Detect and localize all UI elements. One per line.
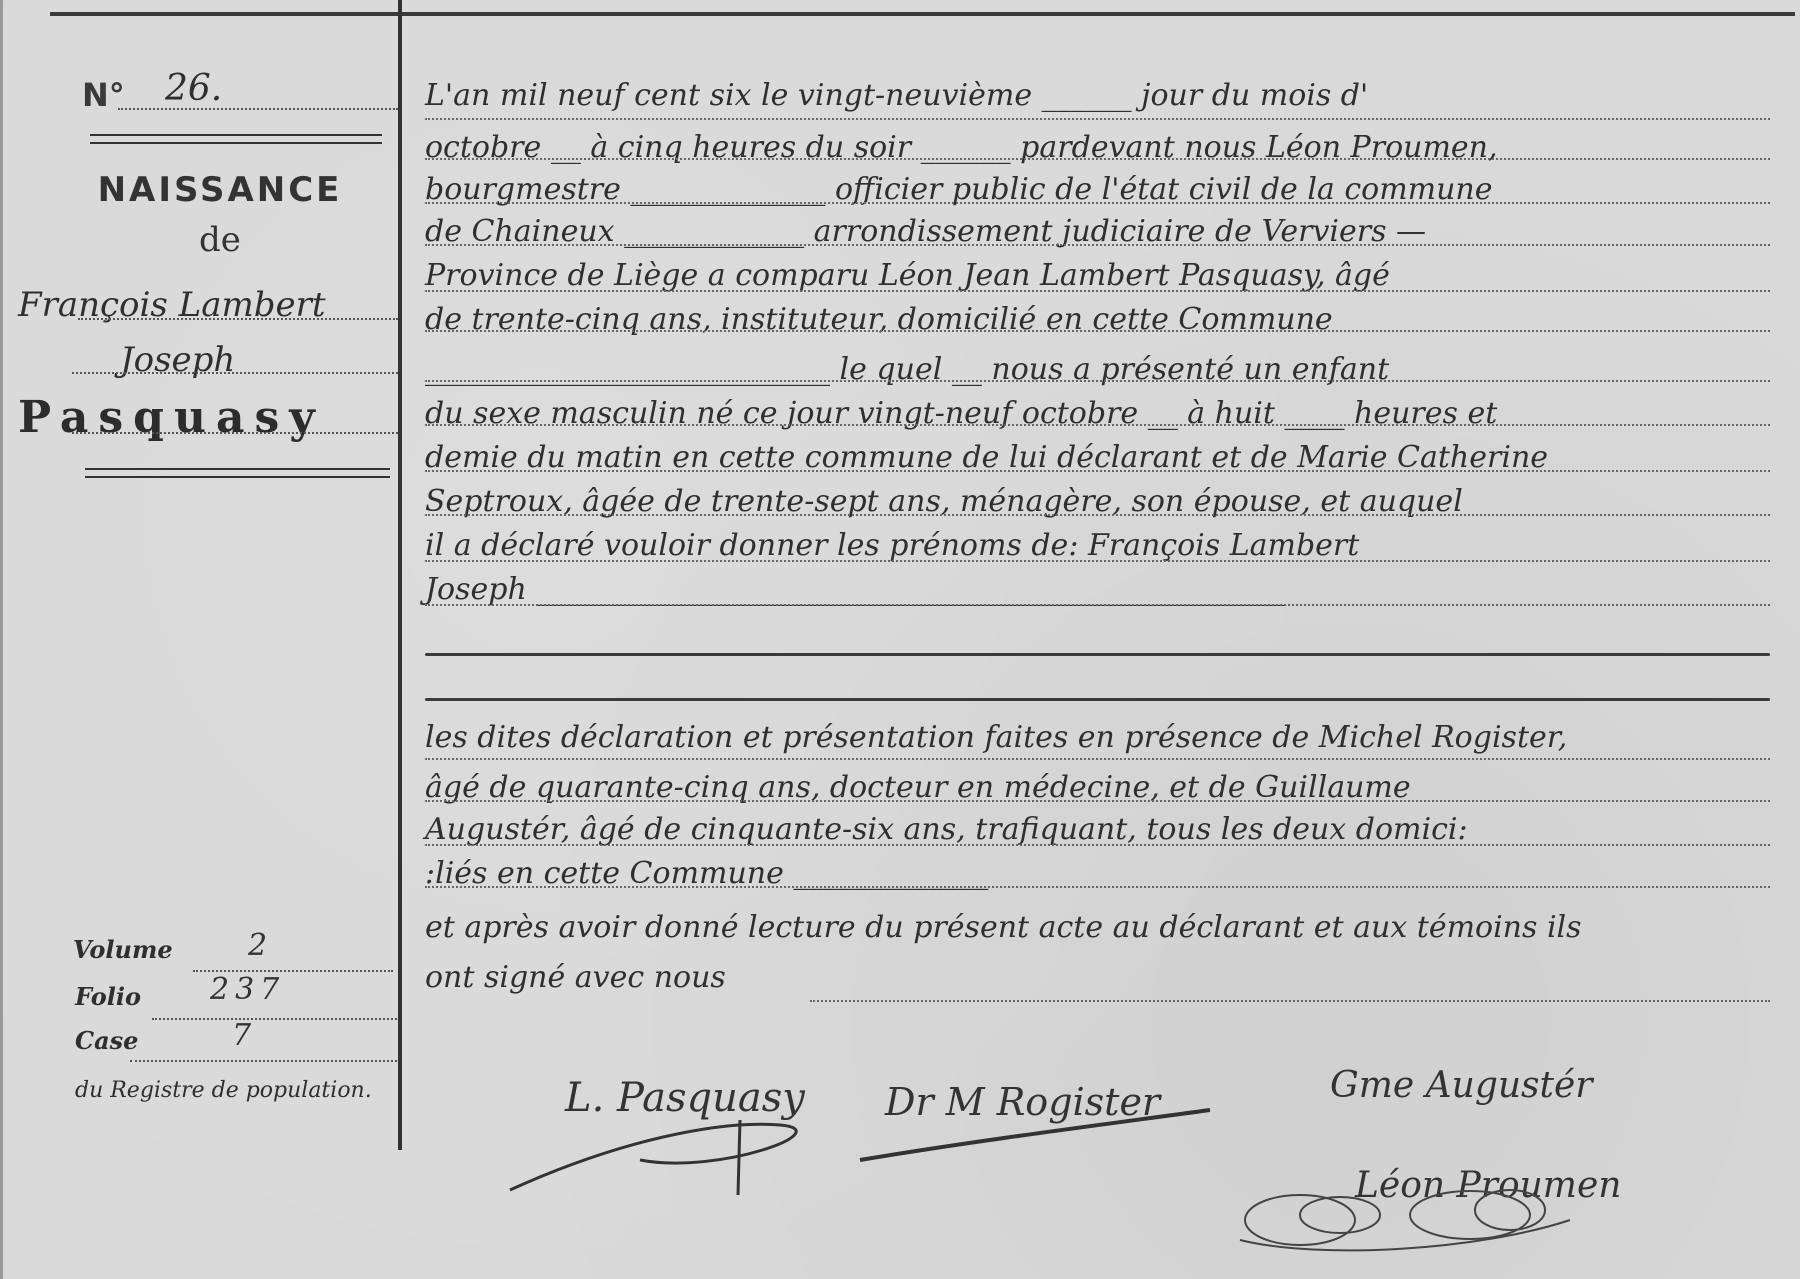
dotted-rule xyxy=(425,758,1770,760)
dotted-rule xyxy=(425,560,1770,562)
margin-surname: Pasquasy xyxy=(18,392,325,443)
case-value: 7 xyxy=(232,1018,251,1053)
dotted-rule xyxy=(425,800,1770,802)
dotted-rule xyxy=(78,318,398,320)
folio-label: Folio xyxy=(75,982,141,1011)
body-line: ont signé avec nous xyxy=(425,960,726,995)
section-rule xyxy=(425,698,1770,701)
body-line: les dites déclaration et présentation fa… xyxy=(425,720,1567,755)
dotted-rule xyxy=(152,1018,397,1020)
dotted-rule xyxy=(425,330,1770,332)
dotted-rule xyxy=(425,290,1770,292)
body-line: Joseph _________________________________… xyxy=(425,572,1286,607)
volume-label: Volume xyxy=(73,935,173,964)
dotted-rule xyxy=(425,604,1770,606)
dotted-rule xyxy=(425,886,1770,888)
dotted-rule xyxy=(72,432,398,434)
section-rule xyxy=(425,653,1770,656)
dotted-rule xyxy=(425,514,1770,516)
dotted-rule xyxy=(425,244,1770,246)
folio-value: 237 xyxy=(210,972,285,1007)
record-number-value: 26. xyxy=(165,68,222,109)
dotted-rule xyxy=(425,380,1770,382)
dotted-rule xyxy=(118,108,398,110)
dotted-rule xyxy=(425,844,1770,846)
record-type-heading: NAISSANCE xyxy=(90,170,350,210)
dotted-rule xyxy=(425,202,1770,204)
body-line: L'an mil neuf cent six le vingt-neuvième… xyxy=(425,78,1368,113)
dotted-rule xyxy=(810,1000,1770,1002)
record-type-de: de xyxy=(90,220,350,260)
birth-record-page: N° 26. NAISSANCE de François Lambert Jos… xyxy=(0,0,1800,1279)
case-label: Case xyxy=(75,1026,138,1055)
registry-footer: du Registre de population. xyxy=(75,1078,372,1103)
dotted-rule xyxy=(425,470,1770,472)
double-rule xyxy=(85,468,390,478)
margin-given-names-2: Joseph xyxy=(120,340,235,380)
signature-flourishes xyxy=(420,1100,1800,1279)
page-edge xyxy=(0,0,3,1279)
dotted-rule xyxy=(425,158,1770,160)
body-line: Province de Liège a comparu Léon Jean La… xyxy=(425,258,1390,293)
dotted-rule xyxy=(72,372,398,374)
volume-value: 2 xyxy=(248,928,267,963)
column-divider xyxy=(398,0,402,1150)
body-line: il a déclaré vouloir donner les prénoms … xyxy=(425,528,1359,563)
double-rule xyxy=(90,134,382,144)
dotted-rule xyxy=(130,1060,397,1062)
top-rule xyxy=(50,12,1795,16)
dotted-rule xyxy=(425,118,1770,120)
dotted-rule xyxy=(425,424,1770,426)
body-line: et après avoir donné lecture du présent … xyxy=(425,910,1582,945)
body-line: Augustér, âgé de cinquante-six ans, traf… xyxy=(425,812,1468,847)
